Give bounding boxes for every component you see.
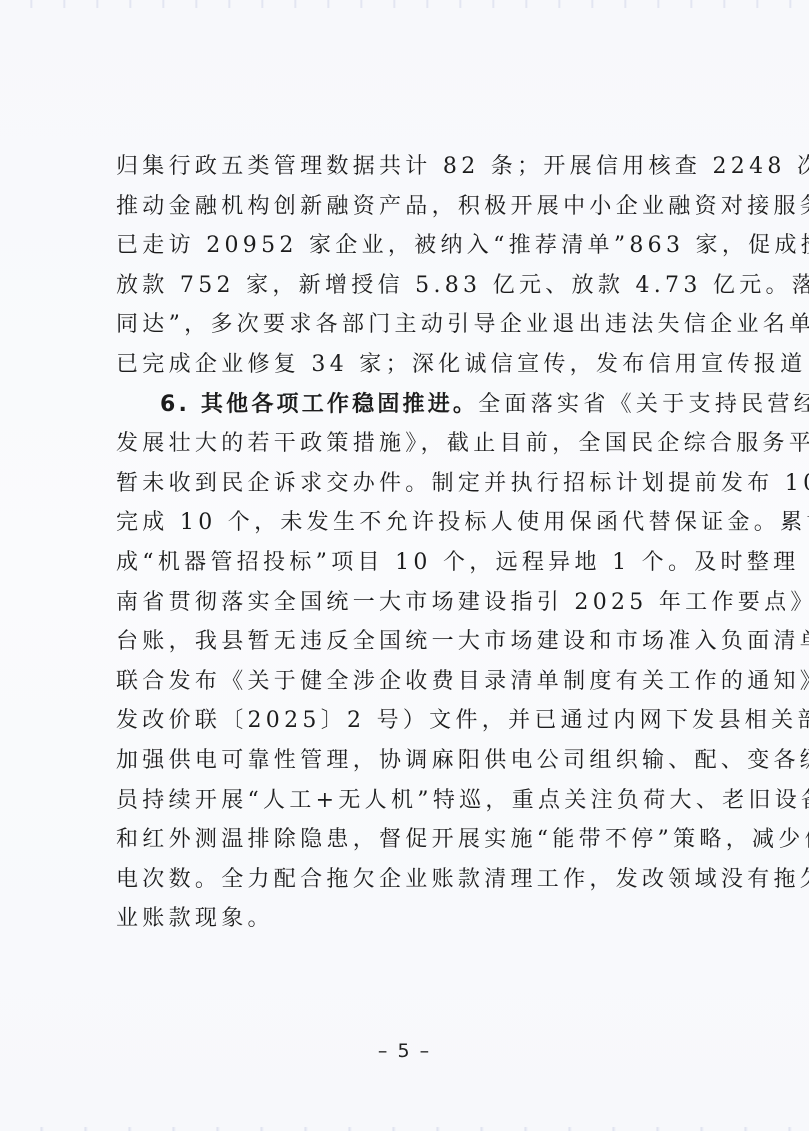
scan-artifact-top (0, 0, 809, 8)
document-page: 归集行政五类管理数据共计 82 条；开展信用核查 2248 次。不断 推动金融机… (0, 0, 809, 1131)
page-number: – 5 – (0, 1040, 809, 1062)
text-line: 台账，我县暂无违反全国统一大市场建设和市场准入负面清单。 (116, 622, 706, 662)
section-6-first-line-text: 全面落实省《关于支持民营经济 (478, 392, 809, 417)
body-text: 归集行政五类管理数据共计 82 条；开展信用核查 2248 次。不断 推动金融机… (116, 147, 706, 939)
text-line: 已完成企业修复 34 家；深化诚信宣传，发布信用宣传报道 44 篇。 (116, 345, 706, 385)
text-line: 发改价联〔2025〕2 号）文件，并已通过内网下发县相关部门。 (116, 701, 706, 741)
text-line: 电次数。全力配合拖欠企业账款清理工作，发改领域没有拖欠企 (116, 860, 706, 900)
text-line: 已走访 20952 家企业，被纳入“推荐清单”863 家，促成授信并 (116, 226, 706, 266)
text-line: 业账款现象。 (116, 899, 706, 939)
text-line: 归集行政五类管理数据共计 82 条；开展信用核查 2248 次。不断 (116, 147, 706, 187)
text-line: 加强供电可靠性管理，协调麻阳供电公司组织输、配、变各级人 (116, 741, 706, 781)
text-line: 暂未收到民企诉求交办件。制定并执行招标计划提前发布 10 个， (116, 464, 706, 504)
text-line: 联合发布《关于健全涉企收费目录清单制度有关工作的通知》（麻 (116, 662, 706, 702)
text-line: 完成 10 个，未发生不允许投标人使用保函代替保证金。累计完 (116, 503, 706, 543)
text-line: 和红外测温排除隐患，督促开展实施“能带不停”策略，减少停 (116, 820, 706, 860)
text-line: 南省贯彻落实全国统一大市场建设指引 2025 年工作要点》任务 (116, 583, 706, 623)
section-6-first-line: 6. 其他各项工作稳固推进。全面落实省《关于支持民营经济 (116, 385, 706, 425)
text-line: 同达”，多次要求各部门主动引导企业退出违法失信企业名单， (116, 305, 706, 345)
text-line: 员持续开展“人工+无人机”特巡，重点关注负荷大、老旧设备 (116, 781, 706, 821)
section-6-heading: 6. 其他各项工作稳固推进。 (160, 392, 478, 417)
text-line: 发展壮大的若干政策措施》，截止目前，全国民企综合服务平台 (116, 424, 706, 464)
text-line: 成“机器管招投标”项目 10 个，远程异地 1 个。及时整理《湖 (116, 543, 706, 583)
text-line: 放款 752 家，新增授信 5.83 亿元、放款 4.73 亿元。落实“两书 (116, 266, 706, 306)
text-line: 推动金融机构创新融资产品，积极开展中小企业融资对接服务， (116, 187, 706, 227)
scan-artifact-bottom (0, 1127, 809, 1131)
